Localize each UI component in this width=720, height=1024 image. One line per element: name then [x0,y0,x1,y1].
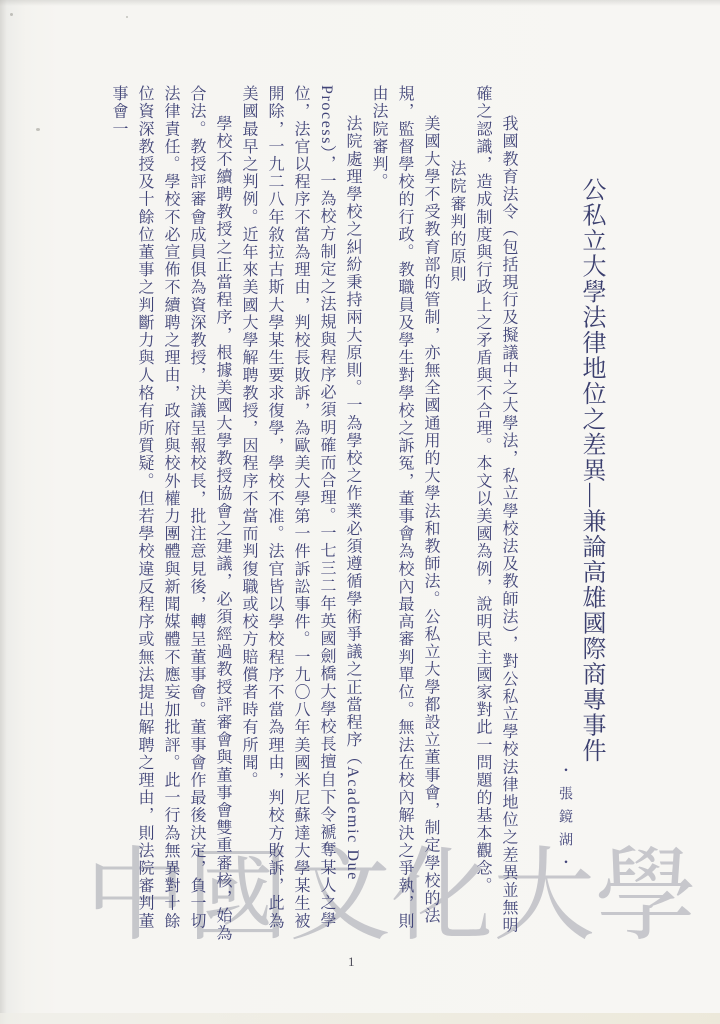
article-body: 我國教育法令（包括現行及擬議中之大學法，私立學校法及教師法），對公私立學校法律地… [105,85,521,947]
paragraph-intro: 我國教育法令（包括現行及擬議中之大學法，私立學校法及教師法），對公私立學校法律地… [469,85,521,947]
scan-speck [126,16,128,18]
watermark-char: 學 [595,846,697,950]
section-heading: 法院審判的原則 [443,85,469,947]
page-number: 1 [348,954,355,970]
paragraph-court-principles: 法院處理學校之糾紛秉持兩大原則。一為學校之作業必須遵循學術爭議之正當程序（Aca… [235,85,365,947]
scan-speck [36,128,40,131]
article-title: 公私立大學法律地位之差異—兼論高雄國際商專事件 [578,177,604,777]
scanned-page: 中 國 文 化 大 學 公私立大學法律地位之差異—兼論高雄國際商專事件 ・張鏡湖… [0,0,720,1024]
author-name: ・張鏡湖・ [556,763,572,878]
scan-speck [10,13,13,16]
paragraph-dismissal-procedure: 學校不續聘教授之正當程序，根據美國大學教授協會之建議，必須經過教授評審會與董事會… [105,85,235,947]
paragraph-us-universities: 美國大學不受教育部的管制，亦無全國通用的大學法和教師法。公私立大學都設立董事會，… [365,85,443,947]
scan-bottom-edge [0,1013,720,1024]
